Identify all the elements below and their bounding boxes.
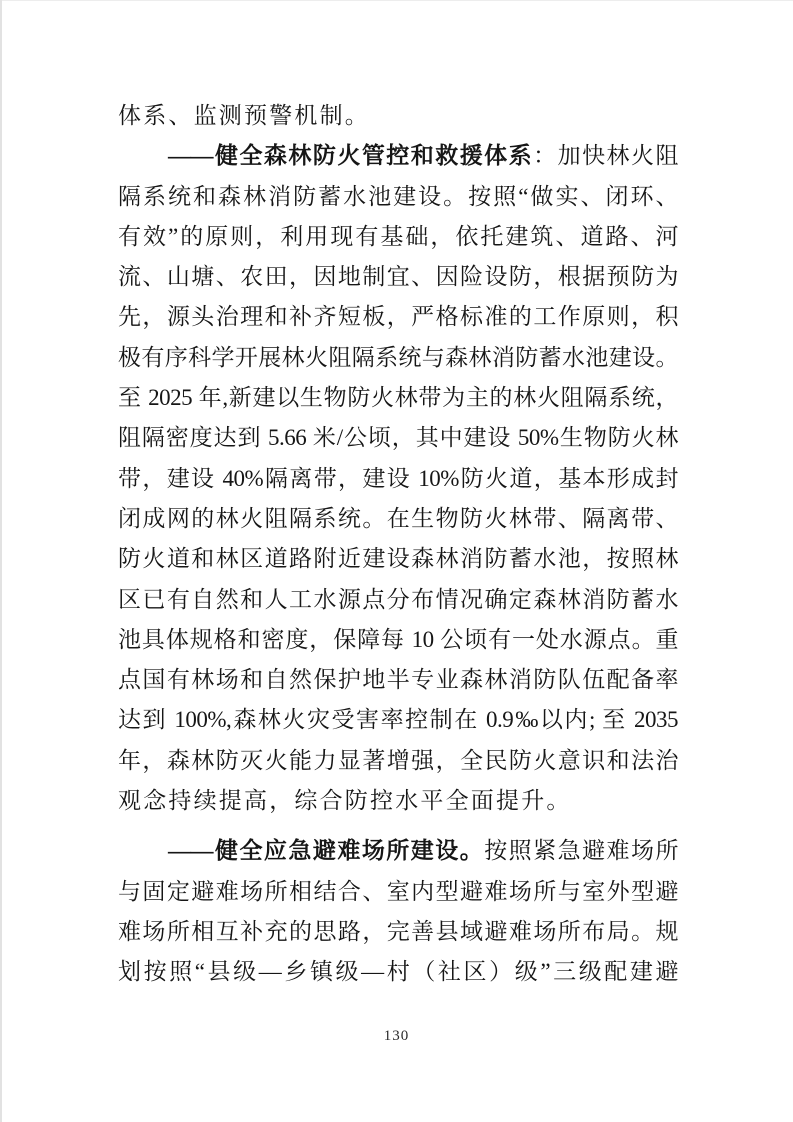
text-line: 隔系统和森林消防蓄水池建设。按照“做实、闭环、 — [118, 177, 678, 217]
text-line: ——健全应急避难场所建设。按照紧急避难场所 — [168, 831, 678, 871]
text-segment: 隔系统和森林消防蓄水池建设。按照“做实、闭环、 — [118, 184, 678, 209]
paragraph-previous-continuation: 体系、监测预警机制。 — [118, 96, 678, 136]
text-segment-bold: ——健全森林防火管控和救援体系 — [168, 143, 533, 168]
text-segment: 区已有自然和人工水源点分布情况确定森林消防蓄水 — [118, 587, 678, 612]
text-line: 达到 100%,森林火灾受害率控制在 0.9‰以内; 至 2035 — [118, 700, 678, 740]
paragraph-emergency-shelters: ——健全应急避难场所建设。按照紧急避难场所与固定避难场所相结合、室内型避难场所与… — [118, 831, 678, 992]
text-segment: 难场所相互补充的思路，完善县域避难场所布局。规 — [118, 919, 678, 944]
text-line: 点国有林场和自然保护地半专业森林消防队伍配备率 — [118, 660, 678, 700]
text-segment: 观念持续提高，综合防控水平全面提升。 — [118, 788, 572, 813]
text-line: 带，建设 40%隔离带，建设 10%防火道，基本形成封 — [118, 459, 678, 499]
text-segment: 极有序科学开展林火阻隔系统与森林消防蓄水池建设。 — [118, 345, 678, 370]
text-segment: 与固定避难场所相结合、室内型避难场所与室外型避 — [118, 879, 678, 904]
text-line: ——健全森林防火管控和救援体系：加快林火阻 — [168, 136, 678, 176]
text-segment: 划按照“县级—乡镇级—村（社区）级”三级配建避 — [118, 959, 678, 984]
text-line: 与固定避难场所相结合、室内型避难场所与室外型避 — [118, 872, 678, 912]
text-line: 年，森林防灭火能力显著增强，全民防火意识和法治 — [118, 741, 678, 781]
text-line: 体系、监测预警机制。 — [118, 96, 678, 136]
text-line: 观念持续提高，综合防控水平全面提升。 — [118, 781, 678, 821]
document-body: 体系、监测预警机制。——健全森林防火管控和救援体系：加快林火阻隔系统和森林消防蓄… — [118, 96, 678, 993]
text-segment: 闭成网的林火阻隔系统。在生物防火林带、隔离带、 — [118, 506, 678, 531]
text-line: 池具体规格和密度，保障每 10 公顷有一处水源点。重 — [118, 620, 678, 660]
text-segment: ：加快林火阻 — [533, 143, 678, 168]
text-segment: 至 2025 年,新建以生物防火林带为主的林火阻隔系统， — [118, 385, 678, 410]
text-segment: 按照紧急避难场所 — [484, 838, 678, 863]
text-segment: 体系、监测预警机制。 — [118, 103, 370, 128]
text-line: 至 2025 年,新建以生物防火林带为主的林火阻隔系统， — [118, 378, 678, 418]
text-segment: 阻隔密度达到 5.66 米/公顷，其中建设 50%生物防火林 — [118, 425, 678, 450]
text-segment: 流、山塘、农田，因地制宜、因险设防，根据预防为 — [118, 264, 678, 289]
text-segment: 有效”的原则，利用现有基础，依托建筑、道路、河 — [118, 224, 678, 249]
document-page: 体系、监测预警机制。——健全森林防火管控和救援体系：加快林火阻隔系统和森林消防蓄… — [0, 0, 793, 1122]
text-line: 难场所相互补充的思路，完善县域避难场所布局。规 — [118, 912, 678, 952]
paragraph-forest-fire-control: ——健全森林防火管控和救援体系：加快林火阻隔系统和森林消防蓄水池建设。按照“做实… — [118, 136, 678, 821]
text-segment: 防火道和林区道路附近建设森林消防蓄水池，按照林 — [118, 546, 678, 571]
text-line: 闭成网的林火阻隔系统。在生物防火林带、隔离带、 — [118, 499, 678, 539]
text-segment: 点国有林场和自然保护地半专业森林消防队伍配备率 — [118, 667, 678, 692]
text-segment: 带，建设 40%隔离带，建设 10%防火道，基本形成封 — [118, 466, 678, 491]
text-segment: 年，森林防灭火能力显著增强，全民防火意识和法治 — [118, 748, 678, 773]
text-line: 先，源头治理和补齐短板，严格标准的工作原则，积 — [118, 297, 678, 337]
text-line: 有效”的原则，利用现有基础，依托建筑、道路、河 — [118, 217, 678, 257]
text-segment: 达到 100%,森林火灾受害率控制在 0.9‰以内; 至 2035 — [118, 707, 678, 732]
text-segment: 池具体规格和密度，保障每 10 公顷有一处水源点。重 — [118, 627, 678, 652]
text-segment-bold: ——健全应急避难场所建设。 — [168, 838, 484, 863]
text-line: 区已有自然和人工水源点分布情况确定森林消防蓄水 — [118, 580, 678, 620]
page-number: 130 — [0, 1024, 793, 1048]
text-line: 极有序科学开展林火阻隔系统与森林消防蓄水池建设。 — [118, 338, 678, 378]
text-segment: 先，源头治理和补齐短板，严格标准的工作原则，积 — [118, 304, 678, 329]
text-line: 防火道和林区道路附近建设森林消防蓄水池，按照林 — [118, 539, 678, 579]
text-line: 流、山塘、农田，因地制宜、因险设防，根据预防为 — [118, 257, 678, 297]
text-line: 阻隔密度达到 5.66 米/公顷，其中建设 50%生物防火林 — [118, 418, 678, 458]
text-line: 划按照“县级—乡镇级—村（社区）级”三级配建避 — [118, 952, 678, 992]
